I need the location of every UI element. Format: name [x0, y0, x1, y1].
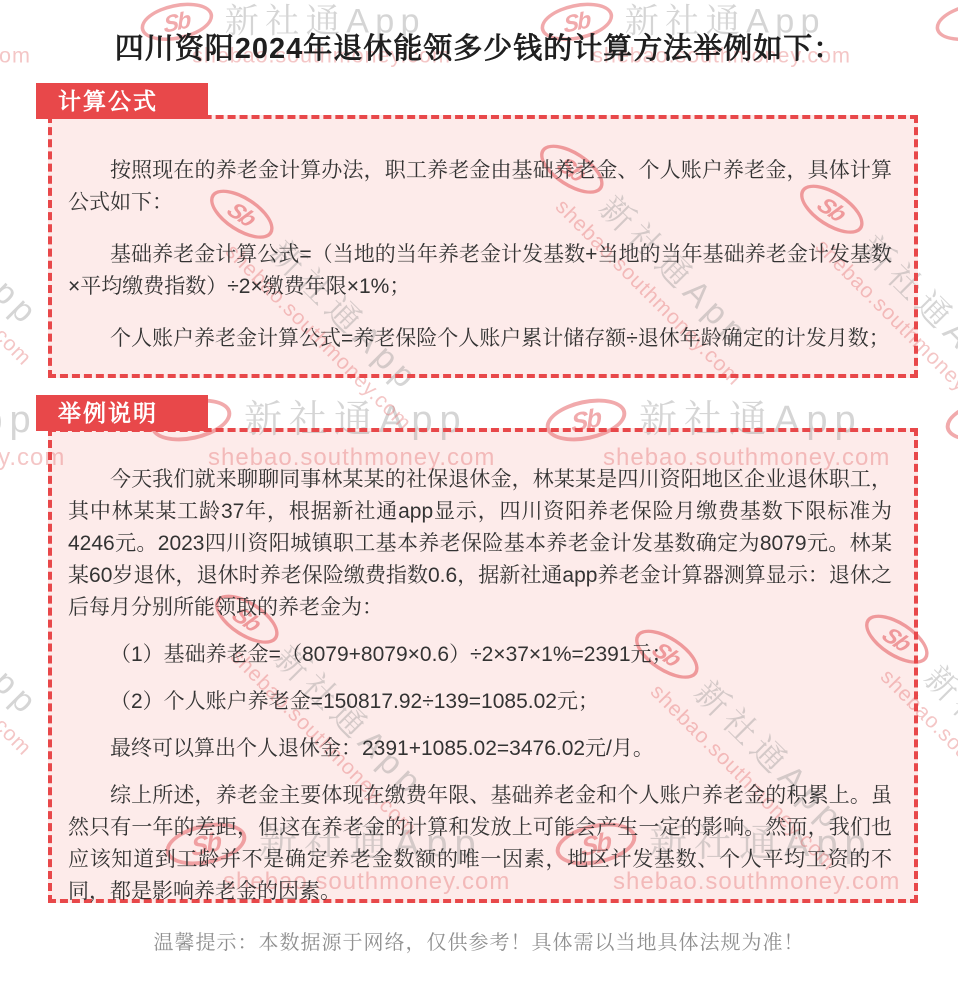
paragraph: （2）个人账户养老金=150817.92÷139=1085.02元；	[68, 686, 892, 718]
watermark-site: shebao.southmoney.com	[0, 175, 36, 370]
formula-box: 按照现在的养老金计算办法，职工养老金由基础养老金、个人账户养老金，具体计算公式如…	[48, 115, 918, 378]
paragraph: 基础养老金计算公式=（当地的当年养老金计发基数+当地的当年基础养老金计发基数×平…	[68, 239, 892, 303]
watermark-site: shebao.southmoney.com	[0, 565, 36, 760]
watermark-brand: 新社通App	[0, 168, 48, 335]
watermark-block: Sb新社通Appshebao.southmoney.com	[945, 398, 958, 482]
footer-note: 温馨提示：本数据源于网络，仅供参考！具体需以当地具体法规为准！	[0, 926, 958, 955]
article-page: 按照现在的养老金计算办法，职工养老金由基础养老金、个人账户养老金，具体计算公式如…	[0, 0, 958, 986]
paragraph: （1）基础养老金=（8079+8079×0.6）÷2×37×1%=2391元；	[68, 639, 892, 671]
section-label-formula: 计算公式	[36, 83, 208, 119]
paragraph: 今天我们就来聊聊同事林某某的社保退休金，林某某是四川资阳地区企业退休职工，其中林…	[68, 464, 892, 624]
example-box: 今天我们就来聊聊同事林某某的社保退休金，林某某是四川资阳地区企业退休职工，其中林…	[48, 428, 918, 903]
paragraph: 综上所述，养老金主要体现在缴费年限、基础养老金和个人账户养老金的积累上。虽然只有…	[68, 780, 892, 908]
paragraph: 按照现在的养老金计算办法，职工养老金由基础养老金、个人账户养老金，具体计算公式如…	[68, 155, 892, 219]
paragraph: 最终可以算出个人退休金：2391+1085.02=3476.02元/月。	[68, 733, 892, 765]
shetong-logo-icon: Sb	[942, 392, 958, 448]
watermark-brand: 新社通App	[0, 398, 38, 442]
page-title: 四川资阳2024年退休能领多少钱的计算方法举例如下：	[0, 26, 958, 67]
paragraph: 个人账户养老金计算公式=养老保险个人账户累计储存额÷退休年龄确定的计发月数；	[68, 323, 892, 355]
section-label-example: 举例说明	[36, 395, 208, 431]
watermark-brand: 新社通App	[916, 658, 958, 825]
watermark-brand: 新社通App	[0, 558, 48, 725]
